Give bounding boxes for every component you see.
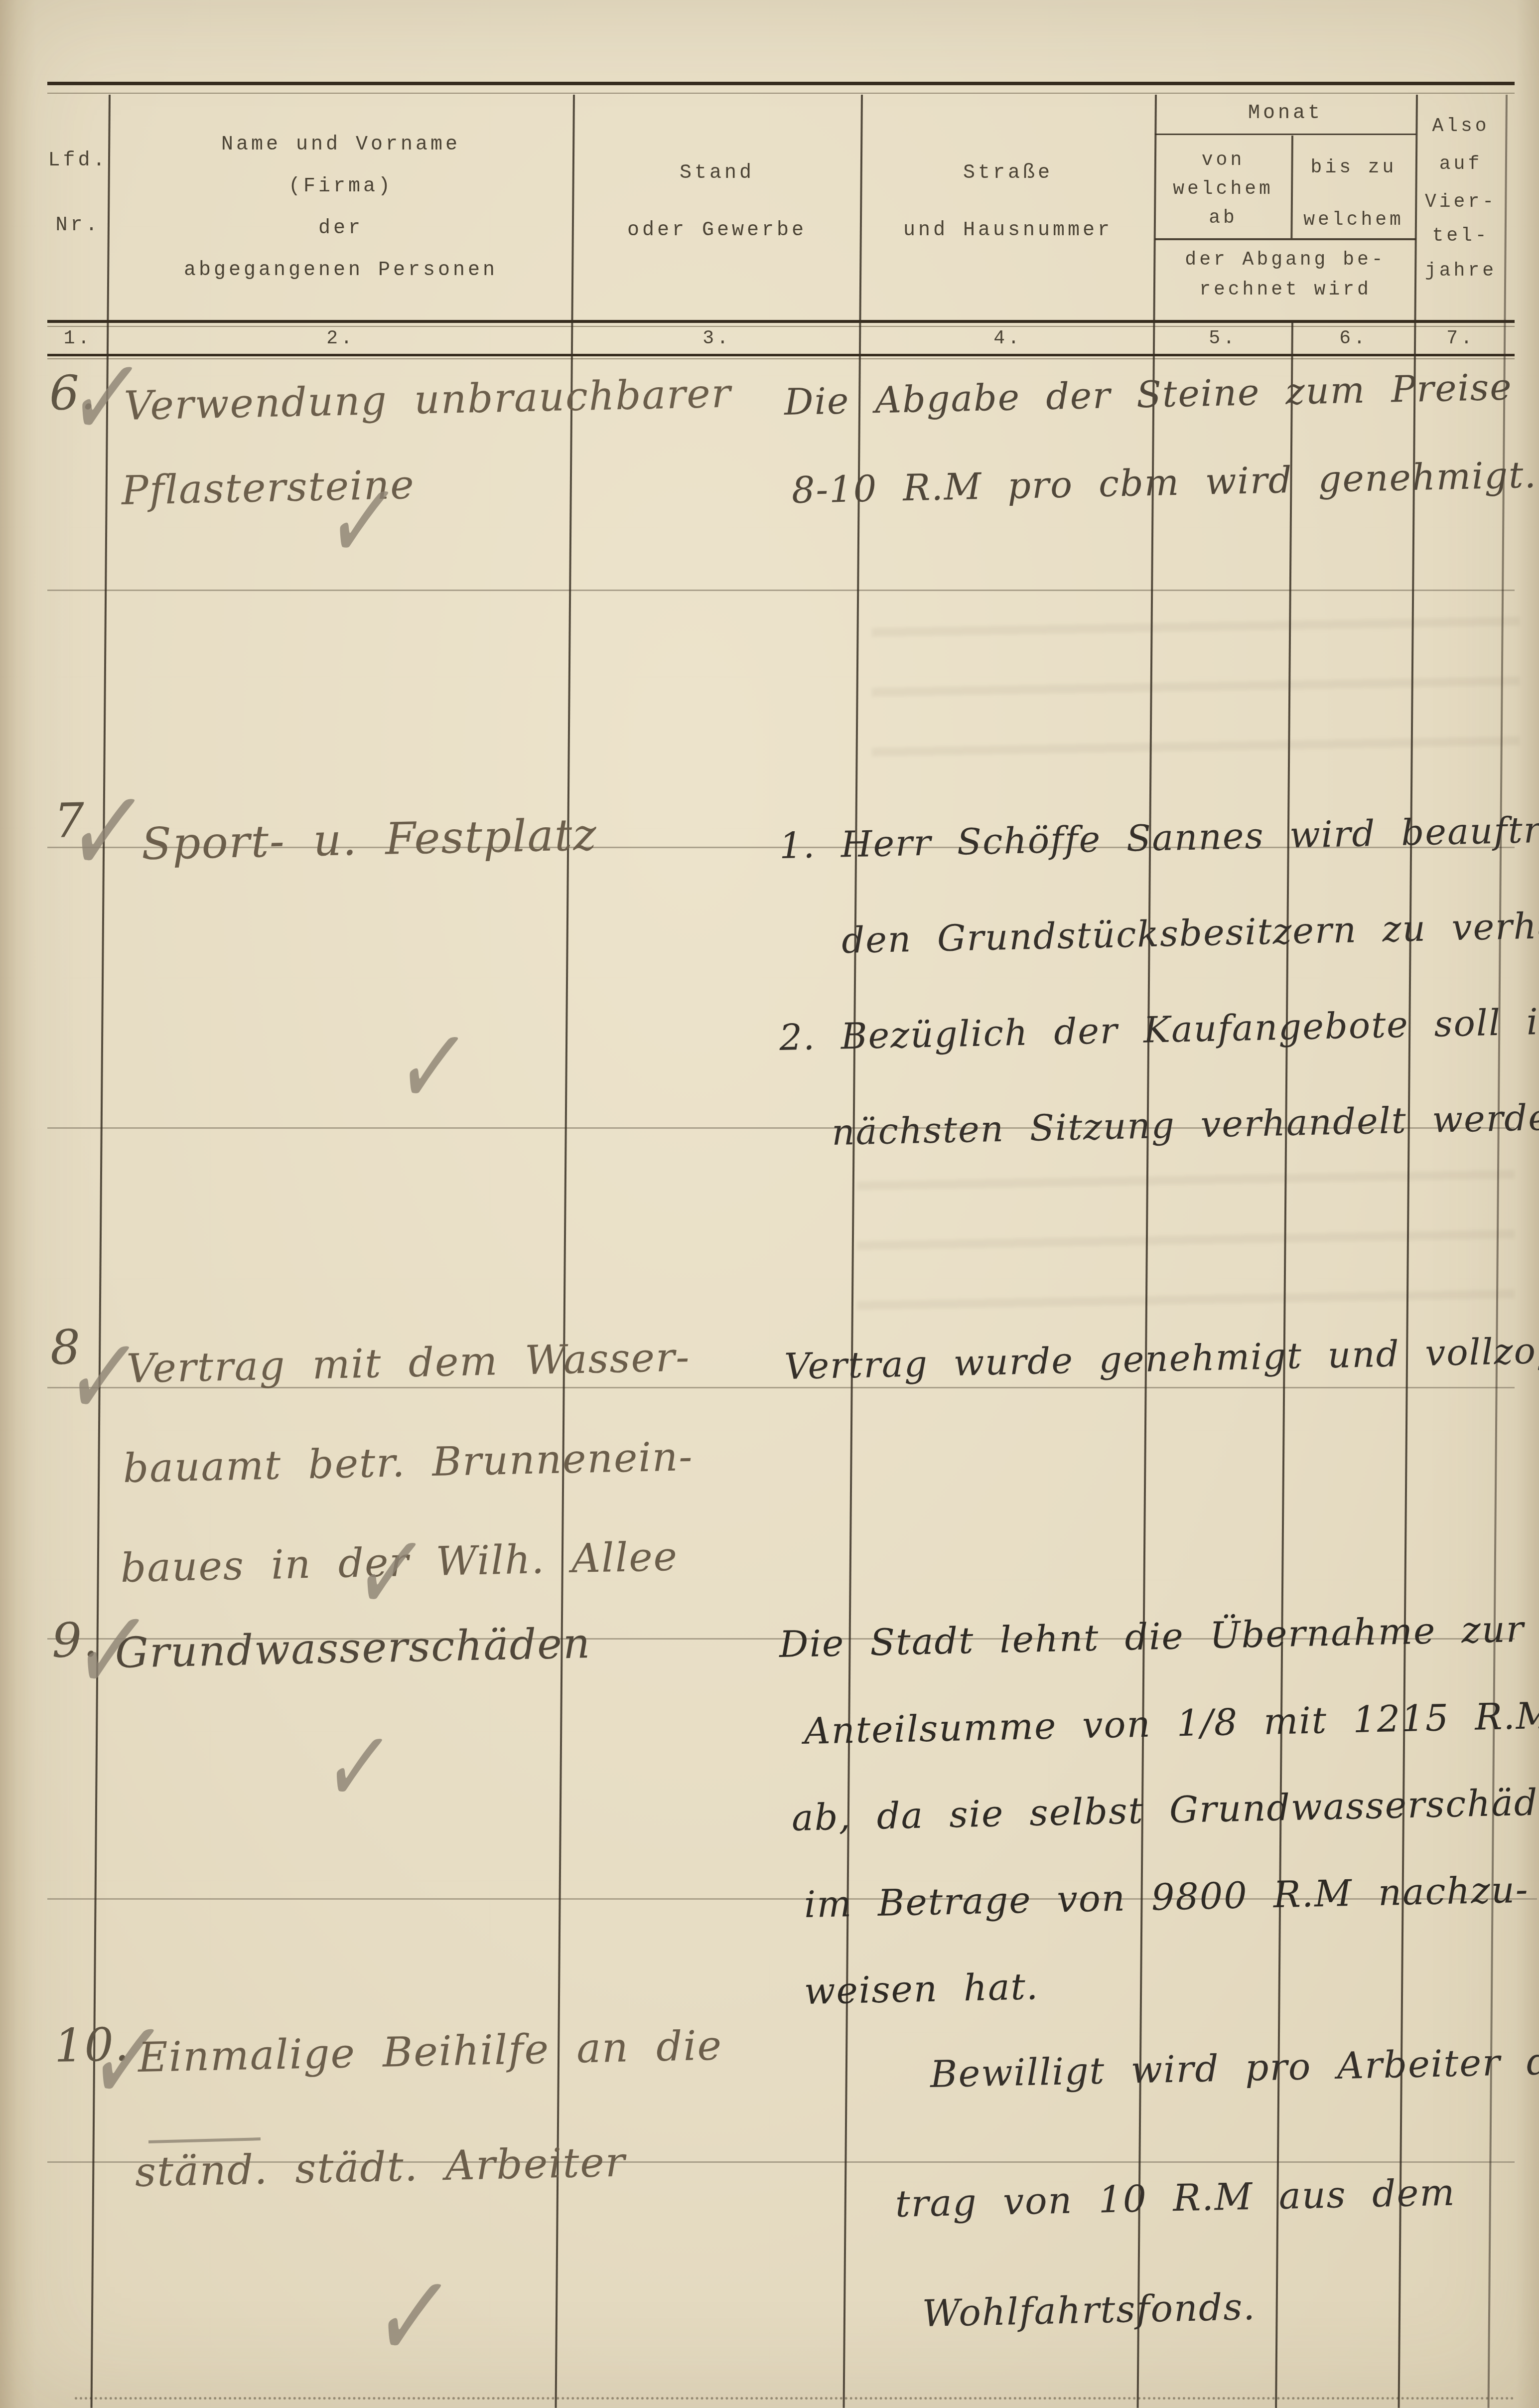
entry-8-title-line2: bauamt betr. Brunnenein- <box>123 1433 694 1492</box>
header-col3-line1: Stand <box>573 162 861 184</box>
header-col2-line1: Name und Vorname <box>109 134 573 156</box>
header-monat-footer-line1: der Abgang be- <box>1155 249 1416 271</box>
table-top-rule-thin <box>47 93 1515 94</box>
entry-6-remark-line1: Die Abgabe der Steine zum Preise von <box>784 364 1539 424</box>
entry-6-title-line1: Verwendung unbrauchbarer <box>124 370 732 429</box>
column-number-3: 3. <box>573 328 861 349</box>
column-number-4: 4. <box>861 328 1155 349</box>
header-col1-line1: Lfd. <box>47 150 109 172</box>
header-col2-line4: abgegangenen Personen <box>109 259 573 282</box>
entry-9-remark-line2: Anteilsumme von 1/8 mit 1215 R.M <box>804 1694 1539 1753</box>
entry-10-remark-line3: Wohlfahrtsfonds. <box>922 2285 1256 2335</box>
header-col2-line2: (Firma) <box>109 175 573 198</box>
entry-8-title-line1: Vertrag mit dem Wasser- <box>126 1334 691 1392</box>
entry-10-remark-line2: trag von 10 R.M aus dem <box>895 2171 1456 2226</box>
header-col7-line4: tel- <box>1416 225 1506 247</box>
entry-9-remark-line4: im Betrage von 9800 R.M nachzu- <box>804 1869 1529 1926</box>
von-bis-bottom-rule <box>1155 238 1416 240</box>
column-number-5: 5. <box>1155 328 1291 349</box>
header-col5-line2: welchem <box>1155 178 1291 200</box>
entry-10-title-line2: ständ. städt. Arbeiter <box>135 2138 626 2196</box>
entry-9-remark-line5: weisen hat. <box>804 1965 1039 2013</box>
entry-10-remark-line1: Bewilligt wird pro Arbeiter der Be- <box>930 2037 1539 2096</box>
header-col3-line2: oder Gewerbe <box>573 219 861 242</box>
entry-8-checkmark-icon: ✓ <box>347 1505 435 1641</box>
entry-10-title-line1: Einmalige Beihilfe an die <box>138 2022 723 2082</box>
entry-7-checkmark-icon: ✓ <box>389 999 477 1135</box>
entry-6-remark-line2: 8-10 R.M pro cbm wird genehmigt. <box>791 454 1537 512</box>
column-number-7: 7. <box>1416 328 1506 349</box>
entry-7-title-line1: Sport- u. Festplatz <box>141 809 598 870</box>
entry-7-remark-line1: 1. Herr Schöffe Sannes wird beauftragt m… <box>779 806 1539 867</box>
entry-9-remark-line1: Die Stadt lehnt die Übernahme zur <box>779 1608 1525 1666</box>
header-col7-line1: Also <box>1416 116 1506 137</box>
header-col4-line1: Straße <box>861 162 1155 184</box>
header-col4-line2: und Hausnummer <box>861 219 1155 242</box>
numbers-row-bottom-rule <box>47 354 1515 356</box>
numbers-row-bottom-rule-thin <box>47 358 1515 359</box>
entry-10-checkmark-icon: ✓ <box>366 2244 462 2391</box>
header-monat-footer-line2: rechnet wird <box>1155 279 1416 301</box>
bottom-dotted-rule <box>75 2397 1515 2400</box>
table-top-rule <box>47 82 1515 85</box>
entry-7-remark-line3: 2. Bezüglich der Kaufangebote soll in de… <box>779 998 1539 1058</box>
entry-9-checkmark-icon: ✓ <box>317 1703 400 1831</box>
monat-cell-bottom-rule <box>1155 134 1416 135</box>
entry-8-remark-line1: Vertrag wurde genehmigt und vollzogen. <box>784 1328 1539 1387</box>
header-col7-line5: jahre <box>1416 260 1506 282</box>
ink-bleedthrough <box>857 1161 1515 1326</box>
header-col6-line2: welchem <box>1291 209 1416 231</box>
column-number-6: 6. <box>1291 328 1416 349</box>
column-number-2: 2. <box>109 328 573 349</box>
entry-9-title-line1: Grundwasserschäden <box>115 1619 591 1677</box>
header-col6-line1: bis zu <box>1291 157 1416 178</box>
header-monat-title: Monat <box>1155 102 1416 125</box>
entry-7-remark-line4: nächsten Sitzung verhandelt werden. <box>831 1095 1539 1153</box>
register-page: Lfd. Nr. Name und Vorname (Firma) der ab… <box>0 0 1539 2408</box>
header-col5-line3: ab <box>1155 207 1291 229</box>
header-col7-line2: auf <box>1416 153 1506 175</box>
header-col2-line3: der <box>109 217 573 240</box>
entry-10-pencil-underline <box>148 2137 261 2143</box>
header-bottom-rule-thin <box>47 326 1515 327</box>
header-col5-line1: von <box>1155 150 1291 171</box>
ink-bleedthrough <box>872 613 1520 772</box>
header-col1-line2: Nr. <box>47 214 109 237</box>
row-rule <box>47 590 1515 591</box>
header-bottom-rule <box>47 320 1515 323</box>
entry-7-remark-line2: den Grundstücksbesitzern zu verhandeln. <box>841 902 1539 961</box>
entry-9-remark-line3: ab, da sie selbst Grundwasserschäden <box>791 1781 1539 1839</box>
header-col7-line3: Vier- <box>1416 191 1506 213</box>
